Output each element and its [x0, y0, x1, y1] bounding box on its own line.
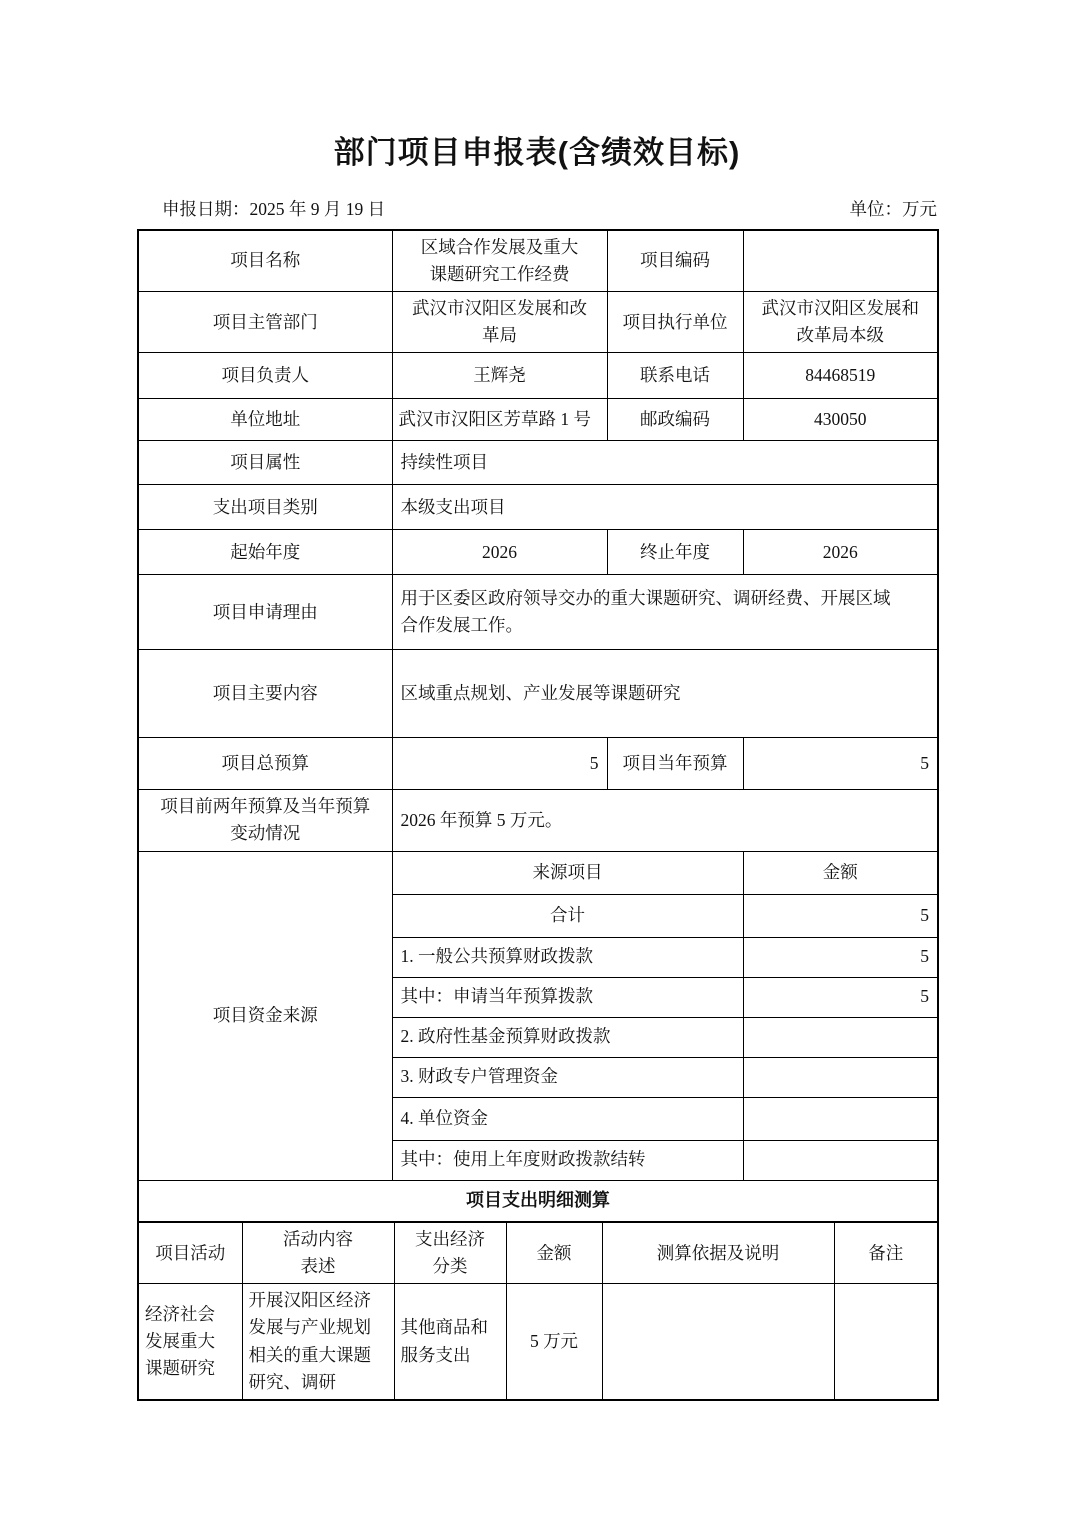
- end-year-value: 2026: [743, 530, 938, 575]
- leader-value: 王辉尧: [392, 353, 607, 399]
- start-year-label: 起始年度: [138, 530, 392, 575]
- funding-source-cell: 3. 财政专户管理资金: [392, 1057, 743, 1097]
- row-prev-budget: 项目前两年预算及当年预算 变动情况 2026 年预算 5 万元。: [138, 790, 938, 851]
- expense-amount-cell: 5 万元: [506, 1284, 602, 1400]
- expense-detail-header-row: 项目活动 活动内容 表述 支出经济 分类 金额 测算依据及说明 备注: [138, 1222, 938, 1284]
- address-value: 武汉市汉阳区芳草路 1 号: [392, 399, 607, 441]
- funding-amount-cell: 5: [743, 977, 938, 1017]
- prev-budget-value: 2026 年预算 5 万元。: [392, 790, 938, 851]
- dept-value: 武汉市汉阳区发展和改 革局: [392, 292, 607, 353]
- expense-type-label: 支出项目类别: [138, 485, 392, 530]
- prev-budget-label: 项目前两年预算及当年预算 变动情况: [138, 790, 392, 851]
- project-name-label: 项目名称: [138, 230, 392, 292]
- end-year-label: 终止年度: [607, 530, 743, 575]
- expense-header-note: 备注: [834, 1222, 938, 1284]
- row-dept: 项目主管部门 武汉市汉阳区发展和改 革局 项目执行单位 武汉市汉阳区发展和 改革…: [138, 292, 938, 353]
- address-label: 单位地址: [138, 399, 392, 441]
- unit-label: 单位：万元: [850, 199, 938, 220]
- funding-source-cell: 其中：申请当年预算拨款: [392, 977, 743, 1017]
- expense-header-activity: 项目活动: [138, 1222, 242, 1284]
- exec-unit-value: 武汉市汉阳区发展和 改革局本级: [743, 292, 938, 353]
- funding-source-header: 来源项目: [392, 851, 743, 894]
- funding-amount-cell: 5: [743, 937, 938, 977]
- project-code-value: [743, 230, 938, 292]
- reason-value: 用于区委区政府领导交办的重大课题研究、调研经费、开展区域 合作发展工作。: [392, 575, 938, 650]
- content-label: 项目主要内容: [138, 650, 392, 738]
- funding-source-cell: 1. 一般公共预算财政拨款: [392, 937, 743, 977]
- document-page: 部门项目申报表(含绩效目标) 申报日期：2025 年 9 月 19 日 单位：万…: [137, 0, 937, 1401]
- application-form-table: 项目名称 区域合作发展及重大 课题研究工作经费 项目编码 项目主管部门 武汉市汉…: [137, 229, 939, 1223]
- expense-note-cell: [834, 1284, 938, 1400]
- attribute-value: 持续性项目: [392, 441, 938, 485]
- page-title: 部门项目申报表(含绩效目标): [137, 134, 937, 173]
- postcode-value: 430050: [743, 399, 938, 441]
- dept-label: 项目主管部门: [138, 292, 392, 353]
- funding-source-cell: 合计: [392, 894, 743, 937]
- total-budget-value: 5: [392, 738, 607, 790]
- content-value: 区域重点规划、产业发展等课题研究: [392, 650, 938, 738]
- row-address: 单位地址 武汉市汉阳区芳草路 1 号 邮政编码 430050: [138, 399, 938, 441]
- funding-amount-cell: [743, 1017, 938, 1057]
- row-attribute: 项目属性 持续性项目: [138, 441, 938, 485]
- row-expense-type: 支出项目类别 本级支出项目: [138, 485, 938, 530]
- expense-activity-cell: 经济社会 发展重大 课题研究: [138, 1284, 242, 1400]
- expense-basis-cell: [602, 1284, 834, 1400]
- start-year-value: 2026: [392, 530, 607, 575]
- row-project-name: 项目名称 区域合作发展及重大 课题研究工作经费 项目编码: [138, 230, 938, 292]
- exec-unit-label: 项目执行单位: [607, 292, 743, 353]
- row-budget: 项目总预算 5 项目当年预算 5: [138, 738, 938, 790]
- row-expense-banner: 项目支出明细测算: [138, 1180, 938, 1222]
- row-leader: 项目负责人 王辉尧 联系电话 84468519: [138, 353, 938, 399]
- total-budget-label: 项目总预算: [138, 738, 392, 790]
- funding-source-cell: 其中：使用上年度财政拨款结转: [392, 1140, 743, 1180]
- expense-header-category: 支出经济 分类: [394, 1222, 506, 1284]
- expense-detail-table: 项目活动 活动内容 表述 支出经济 分类 金额 测算依据及说明 备注 经济社会 …: [137, 1221, 939, 1401]
- funding-amount-cell: [743, 1140, 938, 1180]
- funding-amount-cell: [743, 1057, 938, 1097]
- expense-type-value: 本级支出项目: [392, 485, 938, 530]
- funding-amount-cell: [743, 1097, 938, 1140]
- expense-header-description: 活动内容 表述: [242, 1222, 394, 1284]
- phone-label: 联系电话: [607, 353, 743, 399]
- expense-row: 经济社会 发展重大 课题研究 开展汉阳区经济 发展与产业规划 相关的重大课题 研…: [138, 1284, 938, 1400]
- leader-label: 项目负责人: [138, 353, 392, 399]
- attribute-label: 项目属性: [138, 441, 392, 485]
- expense-category-cell: 其他商品和 服务支出: [394, 1284, 506, 1400]
- reason-label: 项目申请理由: [138, 575, 392, 650]
- report-date: 申报日期：2025 年 9 月 19 日: [137, 199, 385, 220]
- postcode-label: 邮政编码: [607, 399, 743, 441]
- expense-header-amount: 金额: [506, 1222, 602, 1284]
- year-budget-label: 项目当年预算: [607, 738, 743, 790]
- row-reason: 项目申请理由 用于区委区政府领导交办的重大课题研究、调研经费、开展区域 合作发展…: [138, 575, 938, 650]
- funding-amount-header: 金额: [743, 851, 938, 894]
- expense-description-cell: 开展汉阳区经济 发展与产业规划 相关的重大课题 研究、调研: [242, 1284, 394, 1400]
- funding-amount-cell: 5: [743, 894, 938, 937]
- project-code-label: 项目编码: [607, 230, 743, 292]
- row-content: 项目主要内容 区域重点规划、产业发展等课题研究: [138, 650, 938, 738]
- funding-source-cell: 4. 单位资金: [392, 1097, 743, 1140]
- row-funding-header: 项目资金来源 来源项目 金额: [138, 851, 938, 894]
- row-years: 起始年度 2026 终止年度 2026: [138, 530, 938, 575]
- funding-section-label: 项目资金来源: [138, 851, 392, 1180]
- project-name-value: 区域合作发展及重大 课题研究工作经费: [392, 230, 607, 292]
- year-budget-value: 5: [743, 738, 938, 790]
- expense-header-basis: 测算依据及说明: [602, 1222, 834, 1284]
- meta-row: 申报日期：2025 年 9 月 19 日 单位：万元: [137, 199, 937, 220]
- funding-source-cell: 2. 政府性基金预算财政拨款: [392, 1017, 743, 1057]
- phone-value: 84468519: [743, 353, 938, 399]
- expense-detail-banner: 项目支出明细测算: [138, 1180, 938, 1222]
